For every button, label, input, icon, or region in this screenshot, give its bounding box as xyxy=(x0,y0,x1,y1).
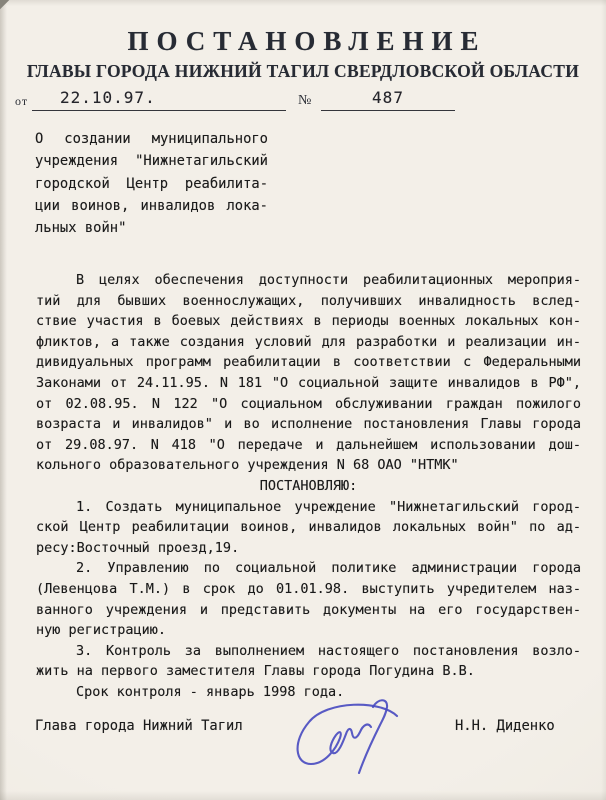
document-title: ПОСТАНОВЛЕНИЕ xyxy=(0,26,606,57)
body-line: жить на первого заместителя Главы города… xyxy=(36,661,581,682)
body-line: ПОСТАНОВЛЯЮ: xyxy=(36,476,581,497)
body-text: В целях обеспечения доступности реабилит… xyxy=(36,270,581,702)
signer-name: Н.Н. Диденко xyxy=(455,718,555,734)
subject-block: О создании муниципальногоучреждения "Ниж… xyxy=(35,128,268,239)
body-line: тий для бывших военнослужащих, получивши… xyxy=(36,291,581,312)
subject-line: учреждения "Нижнетагильский xyxy=(35,150,268,172)
body-line: ресу:Восточный проезд,19. xyxy=(36,538,581,559)
handwritten-signature-icon xyxy=(285,694,409,774)
body-line: ской Центр реабилитации воинов, инвалидо… xyxy=(36,517,581,538)
body-line: дивидуальных программ реабилитации в соо… xyxy=(36,352,581,373)
signature-stroke-loop xyxy=(298,705,397,764)
body-line: от 29.08.97. N 418 "О передаче и дальней… xyxy=(36,435,581,456)
date-label: от xyxy=(15,94,28,109)
body-line: Законами от 24.11.95. N 181 "О социально… xyxy=(36,373,581,394)
body-line: В целях обеспечения доступности реабилит… xyxy=(36,270,581,291)
body-line: ванного учреждения и представить докумен… xyxy=(36,600,581,621)
body-line: (Левенцова Т.М.) в срок до 01.01.98. выс… xyxy=(36,579,581,600)
body-line: 3. Контроль за выполнением настоящего по… xyxy=(36,641,581,662)
body-line: 1. Создать муниципальное учреждение "Ниж… xyxy=(36,497,581,518)
document-subtitle: ГЛАВЫ ГОРОДА НИЖНИЙ ТАГИЛ СВЕРДЛОВСКОЙ О… xyxy=(0,61,606,82)
body-line: фликтов, а также создания условий для ра… xyxy=(36,332,581,353)
number-field: 487 xyxy=(321,84,455,111)
subject-line: ции воинов, инвалидов лока- xyxy=(35,195,268,217)
date-value: 22.10.97. xyxy=(32,88,286,107)
subject-line: О создании муниципального xyxy=(35,128,268,150)
scan-corner-artifact xyxy=(0,0,16,16)
document-page: ПОСТАНОВЛЕНИЕ ГЛАВЫ ГОРОДА НИЖНИЙ ТАГИЛ … xyxy=(0,0,606,800)
signature-stroke-tail xyxy=(359,700,387,773)
number-label: № xyxy=(298,93,311,109)
body-line: кольного образовательного учреждения N 6… xyxy=(36,455,581,476)
subject-line: городской Центр реабилита- xyxy=(35,173,268,195)
date-field: 22.10.97. xyxy=(32,84,286,111)
date-number-row: от 22.10.97. № 487 xyxy=(15,84,591,112)
body-line: ствие участия в боевых действиях в перио… xyxy=(36,311,581,332)
subject-line: льных войн" xyxy=(35,217,268,239)
body-line: возраста и инвалидов" и во исполнение по… xyxy=(36,414,581,435)
body-line: от 02.08.95. N 122 "О социальном обслужи… xyxy=(36,394,581,415)
signer-title: Глава города Нижний Тагил xyxy=(35,718,243,734)
number-value: 487 xyxy=(321,88,455,107)
body-line: ную регистрацию. xyxy=(36,620,581,641)
body-line: 2. Управлению по социальной политике адм… xyxy=(36,558,581,579)
